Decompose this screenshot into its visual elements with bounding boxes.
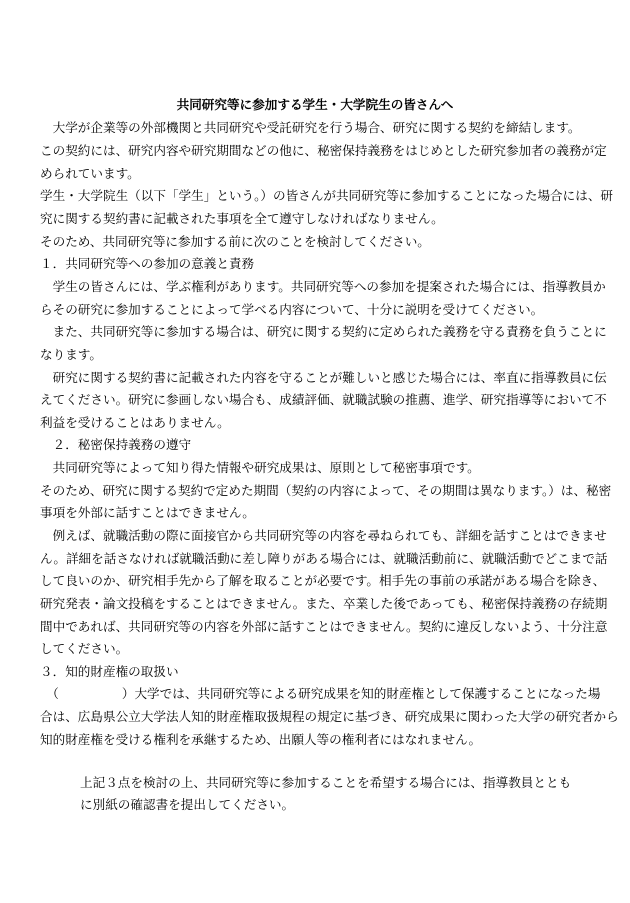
section-1-line: えてください。研究に参画しない場合も、成績評価、就職試験の推薦、進学、研究指導等… [40,392,596,408]
closing-line: に別紙の確認書を提出してください。 [80,797,600,813]
section-3-line: （ ）大学では、共同研究等による研究成果を知的財産権として保護することになった場 [40,686,596,702]
section-2-heading: ２．秘密保持義務の遵守 [40,437,596,453]
section-3-line: 合は、広島県公立大学法人知的財産権取扱規程の規定に基づき、研究成果に関わった大学… [40,709,596,725]
intro-line: 大学が企業等の外部機関と共同研究や受託研究を行う場合、研究に関する契約を締結しま… [40,120,596,136]
section-2-line: ん。詳細を話さなければ就職活動に差し障りがある場合には、就職活動前に、就職活動で… [40,551,596,567]
document-title: 共同研究等に参加する学生・大学院生の皆さんへ [0,97,630,113]
intro-line: められています。 [40,166,596,182]
section-1-line: 利益を受けることはありません。 [40,415,596,431]
document-page: 共同研究等に参加する学生・大学院生の皆さんへ 大学が企業等の外部機関と共同研究や… [0,0,630,903]
closing-line: 上記３点を検討の上、共同研究等に参加することを希望する場合には、指導教員ととも [80,775,600,791]
section-2-line: 例えば、就職活動の際に面接官から共同研究等の内容を尋ねられても、詳細を話すことは… [40,528,596,544]
intro-line: この契約には、研究内容や研究期間などの他に、秘密保持義務をはじめとした研究参加者… [40,143,596,159]
section-2-line: そのため、研究に関する契約で定めた期間（契約の内容によって、その期間は異なります… [40,483,596,499]
section-1-line: 学生の皆さんには、学ぶ権利があります。共同研究等への参加を提案された場合には、指… [40,279,596,295]
section-2-line: して良いのか、研究相手先から了解を取ることが必要です。相手先の事前の承諾がある場… [40,573,596,589]
section-2-line: 共同研究等によって知り得た情報や研究成果は、原則として秘密事項です。 [40,460,596,476]
intro-line: 学生・大学院生（以下「学生」という。）の皆さんが共同研究等に参加することになった… [40,188,596,204]
intro-line: そのため、共同研究等に参加する前に次のことを検討してください。 [40,234,596,250]
section-2-line: 間中であれば、共同研究等の内容を外部に話すことはできません。契約に違反しないよう… [40,619,596,635]
section-1-heading: １．共同研究等への参加の意義と責務 [40,256,596,272]
section-1-line: なります。 [40,347,596,363]
section-3-heading: ３．知的財産権の取扱い [40,664,596,680]
section-3-line: 知的財産権を受ける権利を承継するため、出願人等の権利者にはなれません。 [40,732,596,748]
section-2-line: してください。 [40,641,596,657]
section-1-line: また、共同研究等に参加する場合は、研究に関する契約に定められた義務を守る責務を負… [40,324,596,340]
section-1-line: 研究に関する契約書に記載された内容を守ることが難しいと感じた場合には、率直に指導… [40,370,596,386]
section-1-line: らその研究に参加することによって学べる内容について、十分に説明を受けてください。 [40,302,596,318]
section-2-line: 研究発表・論文投稿をすることはできません。また、卒業した後であっても、秘密保持義… [40,596,596,612]
intro-line: 究に関する契約書に記載された事項を全て遵守しなければなりません。 [40,211,596,227]
section-2-line: 事項を外部に話すことはできません。 [40,505,596,521]
